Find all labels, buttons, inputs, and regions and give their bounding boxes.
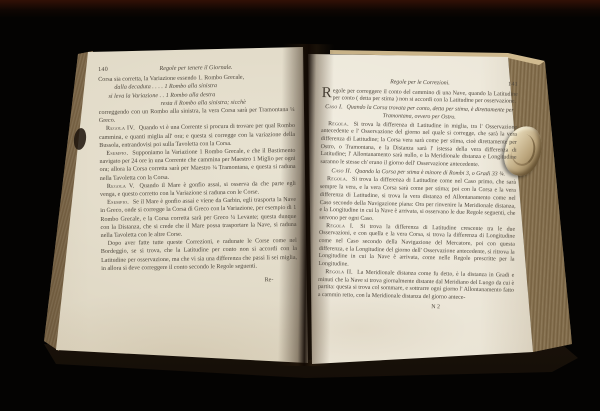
paragraph-lead: Caso II.: [331, 168, 351, 174]
paragraph-text: Quando la Corsa trovata per conto, detta…: [346, 105, 513, 121]
paragraph-lead: Regola.: [328, 121, 349, 127]
paragraph-lead: Regola.: [327, 177, 348, 183]
paragraph-text: Si trova la differenza di Latitudine in …: [320, 121, 517, 168]
left-page-text: 140 Regole per tenere il Giornale. Corsa…: [98, 63, 297, 287]
paragraph-text: correggendo con un Rombo alla sinistra, …: [99, 107, 295, 124]
right-page-number: 141: [488, 81, 518, 89]
paragraph-lead: Regola I.: [326, 223, 354, 230]
paragraph-text: Si trova la differenza di Latitudine cre…: [318, 223, 515, 267]
paragraph: Regola. Si trova la differenza di Latitu…: [319, 176, 516, 226]
paragraph: Regola II. La Meridionale distanza come …: [318, 269, 515, 304]
paragraph-lead: Regola V.: [107, 183, 135, 189]
paragraph-lead: Esempio.: [106, 151, 128, 157]
paragraph-text: Se il Mare è gonfio assai e viene da Gar…: [100, 197, 296, 239]
paragraph-text: Dopo aver fatte tutte queste Correzioni,…: [101, 238, 297, 272]
left-running-header: 140 Regole per tenere il Giornale.: [98, 63, 294, 74]
antique-book-photograph: 140 Regole per tenere il Giornale. Corsa…: [0, 0, 600, 411]
left-running-title: Regole per tenere il Giornale.: [128, 63, 264, 73]
photo-top-tint: [0, 0, 600, 18]
paragraph: Regola. Si trova la differenza di Latitu…: [320, 121, 517, 171]
paragraph-text: Supponiamo la Variazione 1 Rombo Grecale…: [99, 148, 295, 182]
header-spacer: [322, 82, 352, 83]
paragraph: Regola I. Si trova la differenza di Lati…: [318, 223, 515, 273]
paragraph: Dopo aver fatte tutte queste Correzioni,…: [101, 237, 297, 273]
paragraph: Esempio. Supponiamo la Variazione 1 Romb…: [99, 147, 295, 183]
drop-cap: R: [322, 88, 333, 99]
paragraph-lead: Esempio.: [107, 200, 129, 206]
paragraph-text: egole per correggere il conto del cammin…: [333, 88, 518, 105]
paragraph: Esempio. Se il Mare è gonfio assai e vie…: [100, 196, 297, 240]
paragraph-lead: Regola IV.: [106, 126, 135, 132]
paragraph-lead: Caso I.: [325, 104, 343, 110]
paragraph-lead: Regola II.: [325, 269, 353, 276]
right-page-text: Regole per le Correzioni. 141 R egole pe…: [318, 78, 518, 313]
right-running-title: Regole per le Correzioni.: [352, 79, 488, 89]
paragraph-text: Si trova la differenza di Latitudine com…: [319, 177, 516, 222]
paragraph: Regola IV. Quando vi è una Corrente si p…: [99, 122, 295, 150]
left-page-number: 140: [98, 66, 128, 75]
